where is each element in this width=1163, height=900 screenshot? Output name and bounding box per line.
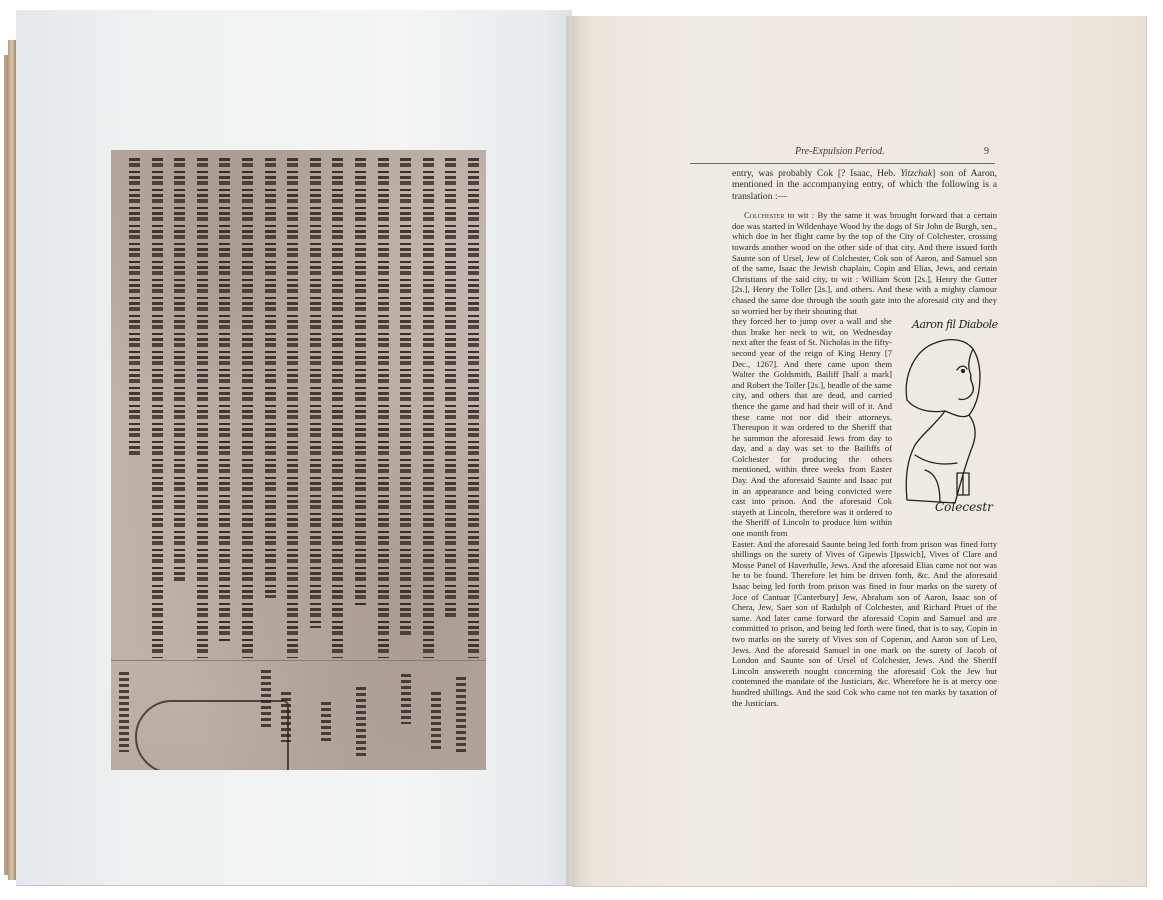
running-head-title: Pre-Expulsion Period. bbox=[795, 146, 885, 157]
intro-paragraph: entry, was probably Cok [? Isaac, Heb. Y… bbox=[732, 168, 997, 202]
manuscript-mark bbox=[261, 670, 271, 730]
manuscript-plate bbox=[111, 150, 486, 770]
manuscript-line bbox=[152, 158, 163, 658]
text-beside-illustration: they forced her to jump over a wall and … bbox=[732, 316, 892, 538]
manuscript-line bbox=[129, 158, 140, 458]
translation-text-after: Easter. And the aforesaid Saunte being l… bbox=[732, 539, 997, 709]
hooded-figure-illustration bbox=[885, 315, 1015, 525]
book-edge bbox=[8, 40, 16, 880]
manuscript-line bbox=[468, 158, 479, 658]
manuscript-line bbox=[310, 158, 321, 628]
manuscript-line bbox=[400, 158, 411, 638]
manuscript-line bbox=[287, 158, 298, 658]
manuscript-mark bbox=[456, 677, 466, 752]
manuscript-line bbox=[197, 158, 208, 658]
manuscript-line bbox=[265, 158, 276, 598]
translation-text-narrow: they forced her to jump over a wall and … bbox=[732, 316, 892, 538]
lead-word: Colchester bbox=[744, 210, 784, 220]
manuscript-mark bbox=[119, 672, 129, 752]
gutter bbox=[566, 16, 580, 886]
manuscript-mark bbox=[401, 674, 411, 724]
left-page bbox=[16, 10, 572, 886]
manuscript-line bbox=[174, 158, 185, 583]
translation-text-full: to wit : By the same it was brought forw… bbox=[732, 210, 997, 315]
illustration-caption-bottom: Colecestr bbox=[935, 500, 993, 514]
manuscript-mark bbox=[321, 702, 331, 742]
plate-rule bbox=[111, 660, 486, 661]
page-number: 9 bbox=[984, 146, 989, 157]
intro-text: entry, was probably Cok [? Isaac, Heb. bbox=[732, 168, 900, 179]
plate-lower-section bbox=[111, 662, 486, 770]
manuscript-line bbox=[332, 158, 343, 658]
manuscript-mark bbox=[431, 692, 441, 752]
manuscript-mark bbox=[281, 692, 291, 742]
manuscript-mark bbox=[356, 687, 366, 757]
manuscript-text-lines bbox=[129, 158, 479, 658]
header-rule bbox=[690, 163, 995, 164]
running-head: Pre-Expulsion Period. 9 bbox=[690, 146, 995, 162]
intro-italic: Yitzchak bbox=[900, 168, 932, 179]
manuscript-line bbox=[423, 158, 434, 658]
manuscript-line bbox=[355, 158, 366, 608]
manuscript-line bbox=[219, 158, 230, 643]
manuscript-line bbox=[242, 158, 253, 658]
manuscript-line bbox=[445, 158, 456, 618]
manuscript-line bbox=[378, 158, 389, 658]
